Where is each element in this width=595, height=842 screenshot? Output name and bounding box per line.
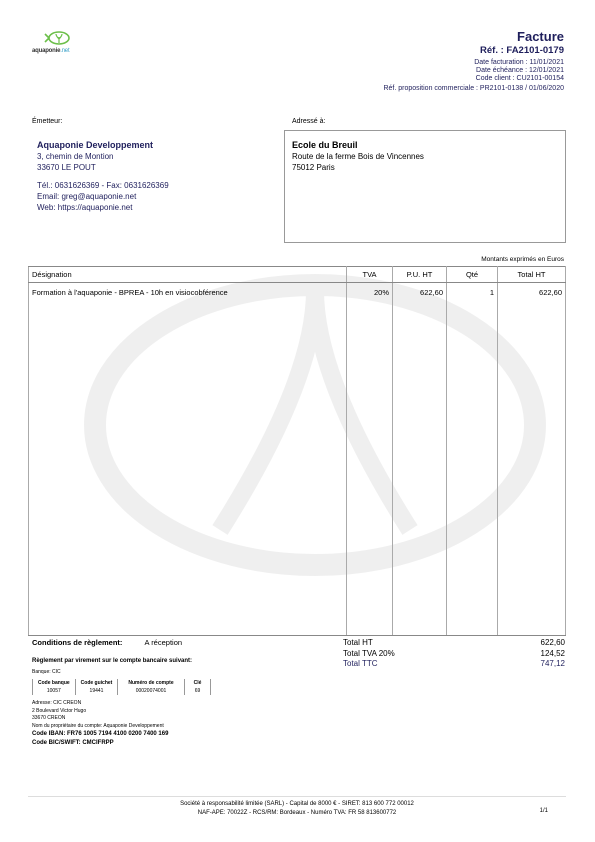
account-key: 69 (184, 687, 211, 695)
total-ttc-row: Total TTC 747,12 (343, 659, 565, 670)
column-total-ht: Total HT (498, 267, 566, 283)
currency-note: Montants exprimés en Euros (481, 256, 564, 263)
table-header-row: Désignation TVA P.U. HT Qté Total HT (29, 267, 566, 283)
conditions-label: Conditions de règlement: (32, 638, 122, 647)
emitter-address1: 3, chemin de Montion (37, 151, 169, 162)
emitter-block: Aquaponie Developpement 3, chemin de Mon… (37, 140, 169, 213)
column-tva: TVA (347, 267, 393, 283)
logo-text: aquaponie.net (32, 48, 69, 54)
recipient-address1: Route de la ferme Bois de Vincennes (292, 151, 424, 162)
fish-icon (44, 30, 72, 46)
line-designation: Formation à l'aquaponie - BPREA - 10h en… (29, 283, 347, 303)
line-qty: 1 (447, 283, 498, 303)
emitter-email: Email: greg@aquaponie.net (37, 191, 169, 202)
total-tva-value: 124,52 (541, 649, 565, 660)
bank-codes-table: Code banque Code guichet Numéro de compt… (32, 679, 211, 695)
bank-address-line1: Adresse: CIC CREON (32, 700, 168, 708)
client-code: Code client : CU2101-00154 (476, 75, 564, 82)
totals-block: Total HT 622,60 Total TVA 20% 124,52 Tot… (343, 638, 565, 670)
recipient-address2: 75012 Paris (292, 162, 424, 173)
bank-name: Banque: CIC (32, 669, 61, 675)
account-number: 00020074001 (118, 687, 184, 695)
account-number-header: Numéro de compte (118, 679, 184, 687)
footer-line1: Société à responsabilité limitée (SARL) … (28, 800, 566, 809)
recipient-label: Adressé à: (292, 118, 325, 125)
total-ttc-value: 747,12 (541, 659, 565, 670)
total-ht-row: Total HT 622,60 (343, 638, 565, 649)
payment-conditions: Conditions de règlement: A réception (32, 638, 182, 647)
footer-divider (28, 796, 566, 797)
table-filler-row (29, 302, 566, 636)
table-row: Formation à l'aquaponie - BPREA - 10h en… (29, 283, 566, 303)
iban: Code IBAN: FR76 1005 7194 4100 0200 7400… (32, 730, 168, 739)
document-title: Facture (517, 29, 564, 44)
key-header: Clé (184, 679, 211, 687)
total-ht-label: Total HT (343, 638, 373, 649)
account-owner: Nom du propriétaire du compte: Aquaponie… (32, 723, 168, 731)
emitter-web: Web: https://aquaponie.net (37, 202, 169, 213)
bank-address-line3: 33670 CREON (32, 715, 168, 723)
column-qty: Qté (447, 267, 498, 283)
total-tva-row: Total TVA 20% 124,52 (343, 649, 565, 660)
emitter-label: Émetteur: (32, 118, 62, 125)
emitter-phone: Tél.: 0631626369 - Fax: 0631626369 (37, 180, 169, 191)
emitter-address2: 33670 LE POUT (37, 162, 169, 173)
bank-code-header: Code banque (33, 679, 76, 687)
line-pu-ht: 622,60 (393, 283, 447, 303)
bank-address-line2: 2 Boulevard Victor Hugo (32, 708, 168, 716)
footer-legal: Société à responsabilité limitée (SARL) … (28, 800, 566, 817)
emitter-name: Aquaponie Developpement (37, 140, 169, 151)
proposal-reference: Réf. proposition commerciale : PR2101-01… (383, 85, 564, 92)
total-ttc-label: Total TTC (343, 659, 378, 670)
recipient-block: Ecole du Breuil Route de la ferme Bois d… (292, 140, 424, 173)
line-tva: 20% (347, 283, 393, 303)
line-total-ht: 622,60 (498, 283, 566, 303)
invoice-date: Date facturation : 11/01/2021 (474, 59, 564, 66)
branch-code: 19441 (75, 687, 118, 695)
conditions-value: A réception (145, 638, 183, 647)
due-date: Date échéance : 12/01/2021 (476, 67, 564, 74)
transfer-title: Règlement par virement sur le compte ban… (32, 658, 192, 664)
total-tva-label: Total TVA 20% (343, 649, 395, 660)
column-pu-ht: P.U. HT (393, 267, 447, 283)
bic: Code BIC/SWIFT: CMCIFRPP (32, 739, 168, 748)
page-number: 1/1 (540, 808, 548, 814)
total-ht-value: 622,60 (541, 638, 565, 649)
column-designation: Désignation (29, 267, 347, 283)
recipient-name: Ecole du Breuil (292, 140, 424, 151)
invoice-lines-table: Désignation TVA P.U. HT Qté Total HT For… (28, 266, 566, 636)
invoice-reference: Réf. : FA2101-0179 (480, 45, 564, 56)
footer-line2: NAF-APE: 70022Z - RCS/RM: Bordeaux - Num… (28, 809, 566, 818)
branch-code-header: Code guichet (75, 679, 118, 687)
bank-code: 10057 (33, 687, 76, 695)
bank-details: Adresse: CIC CREON 2 Boulevard Victor Hu… (32, 700, 168, 747)
company-logo: aquaponie.net (28, 28, 98, 58)
